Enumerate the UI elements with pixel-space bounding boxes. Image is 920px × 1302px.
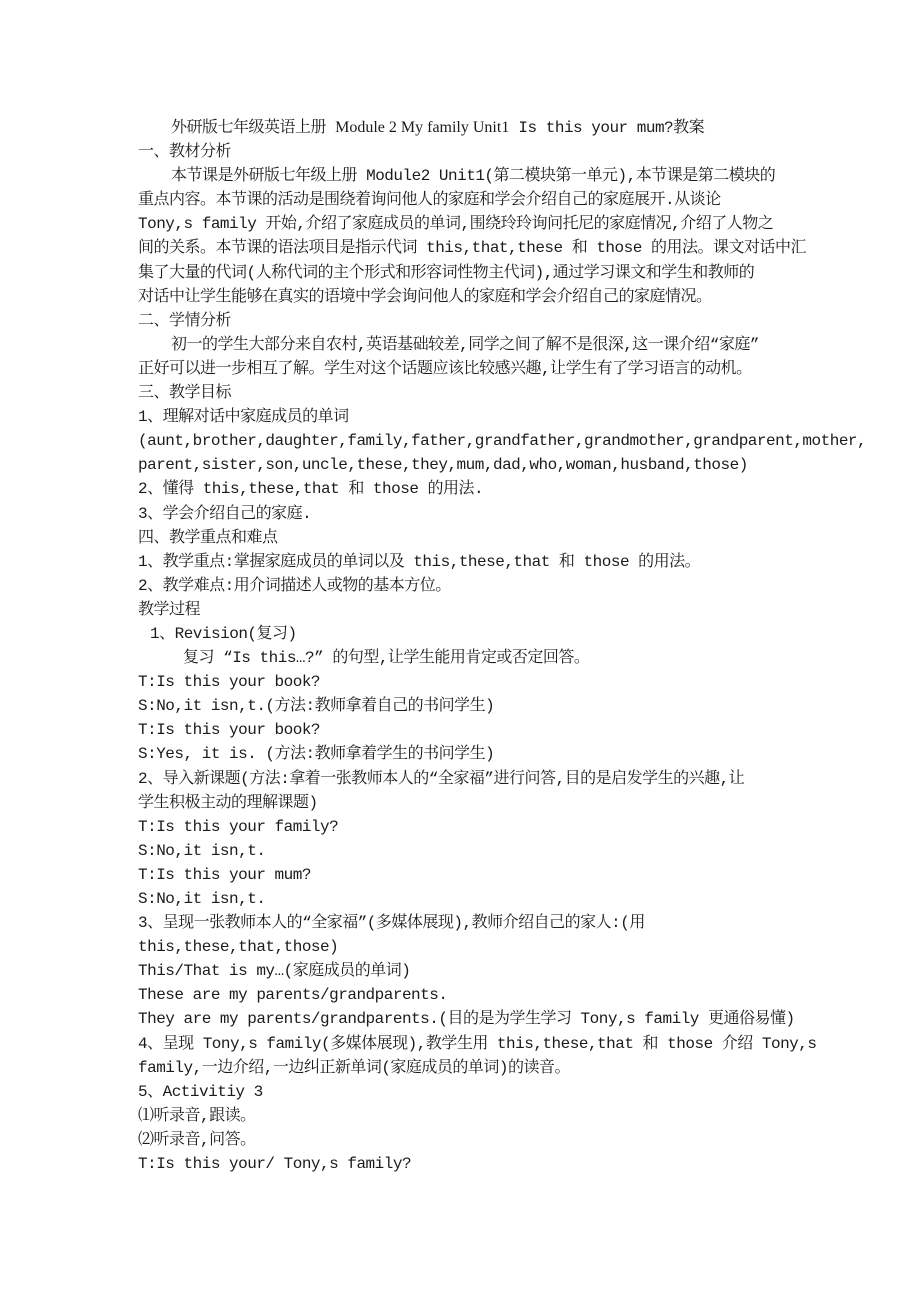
doc-line: 1、Revision(复习) [138, 622, 802, 646]
doc-line: 5、Activitiy 3 [138, 1080, 802, 1104]
doc-line-segment: 教案 [673, 119, 704, 137]
doc-line: T:Is this your book? [138, 718, 802, 742]
doc-title-line: 外研版七年级英语上册 Module 2 My family Unit1 Is t… [138, 116, 802, 140]
doc-line: 3、呈现一张教师本人的“全家福”(多媒体展现),教师介绍自己的家人:(用 [138, 911, 802, 935]
doc-line: 3、学会介绍自己的家庭. [138, 502, 802, 526]
doc-line: T:Is this your mum? [138, 863, 802, 887]
doc-line: T:Is this your family? [138, 815, 802, 839]
doc-line: S:No,it isn,t. [138, 839, 802, 863]
doc-line-segment: 外研版七年级英语上册 [171, 119, 335, 137]
doc-line: 重点内容。本节课的活动是围绕着询问他人的家庭和学会介绍自己的家庭展开.从谈论 [138, 188, 802, 212]
doc-line: 1、教学重点:掌握家庭成员的单词以及 this,these,that 和 tho… [138, 550, 802, 574]
doc-line: 复习 “Is this…?” 的句型,让学生能用肯定或否定回答。 [138, 646, 802, 670]
doc-line: 2、导入新课题(方法:拿着一张教师本人的“全家福”进行问答,目的是启发学生的兴趣… [138, 767, 802, 791]
doc-line: 三、教学目标 [138, 381, 802, 405]
doc-line: Tony,s family 开始,介绍了家庭成员的单词,围绕玲玲询问托尼的家庭情… [138, 212, 802, 236]
doc-line: They are my parents/grandparents.(目的是为学生… [138, 1007, 802, 1031]
doc-line: parent,sister,son,uncle,these,they,mum,d… [138, 453, 802, 477]
doc-line: 1、理解对话中家庭成员的单词 [138, 405, 802, 429]
doc-line: T:Is this your/ Tony,s family? [138, 1152, 802, 1176]
document-page: 外研版七年级英语上册 Module 2 My family Unit1 Is t… [0, 0, 920, 1302]
doc-line: 对话中让学生能够在真实的语境中学会询问他人的家庭和学会介绍自己的家庭情况。 [138, 285, 802, 309]
doc-line: ⑵听录音,问答。 [138, 1128, 802, 1152]
doc-line: ⑴听录音,跟读。 [138, 1104, 802, 1128]
doc-line: S:Yes, it is. (方法:教师拿着学生的书问学生) [138, 742, 802, 766]
doc-line: 二、学情分析 [138, 309, 802, 333]
doc-line: 2、教学难点:用介词描述人或物的基本方位。 [138, 574, 802, 598]
doc-line: S:No,it isn,t. [138, 887, 802, 911]
doc-line: (aunt,brother,daughter,family,father,gra… [138, 429, 802, 453]
doc-line: This/That is my…(家庭成员的单词) [138, 959, 802, 983]
doc-line-segment: Is this your mum? [509, 119, 673, 137]
doc-line: 本节课是外研版七年级上册 Module2 Unit1(第二模块第一单元),本节课… [138, 164, 802, 188]
doc-line: 间的关系。本节课的语法项目是指示代词 this,that,these 和 tho… [138, 236, 802, 260]
doc-line: 四、教学重点和难点 [138, 526, 802, 550]
doc-line: 学生积极主动的理解课题) [138, 791, 802, 815]
doc-line: this,these,that,those) [138, 935, 802, 959]
doc-line: T:Is this your book? [138, 670, 802, 694]
doc-line: 教学过程 [138, 598, 802, 622]
doc-line: S:No,it isn,t.(方法:教师拿着自己的书问学生) [138, 694, 802, 718]
doc-line: 2、懂得 this,these,that 和 those 的用法. [138, 477, 802, 501]
doc-line: These are my parents/grandparents. [138, 983, 802, 1007]
doc-line: 一、教材分析 [138, 140, 802, 164]
doc-line: 初一的学生大部分来自农村,英语基础较差,同学之间了解不是很深,这一课介绍“家庭” [138, 333, 802, 357]
doc-line-segment: Module 2 My family Unit1 [335, 119, 509, 136]
doc-line: 4、呈现 Tony,s family(多媒体展现),教学生用 this,thes… [138, 1032, 802, 1056]
doc-line: family,一边介绍,一边纠正新单词(家庭成员的单词)的读音。 [138, 1056, 802, 1080]
doc-line: 正好可以进一步相互了解。学生对这个话题应该比较感兴趣,让学生有了学习语言的动机。 [138, 357, 802, 381]
doc-line: 集了大量的代词(人称代词的主个形式和形容词性物主代词),通过学习课文和学生和教师… [138, 261, 802, 285]
